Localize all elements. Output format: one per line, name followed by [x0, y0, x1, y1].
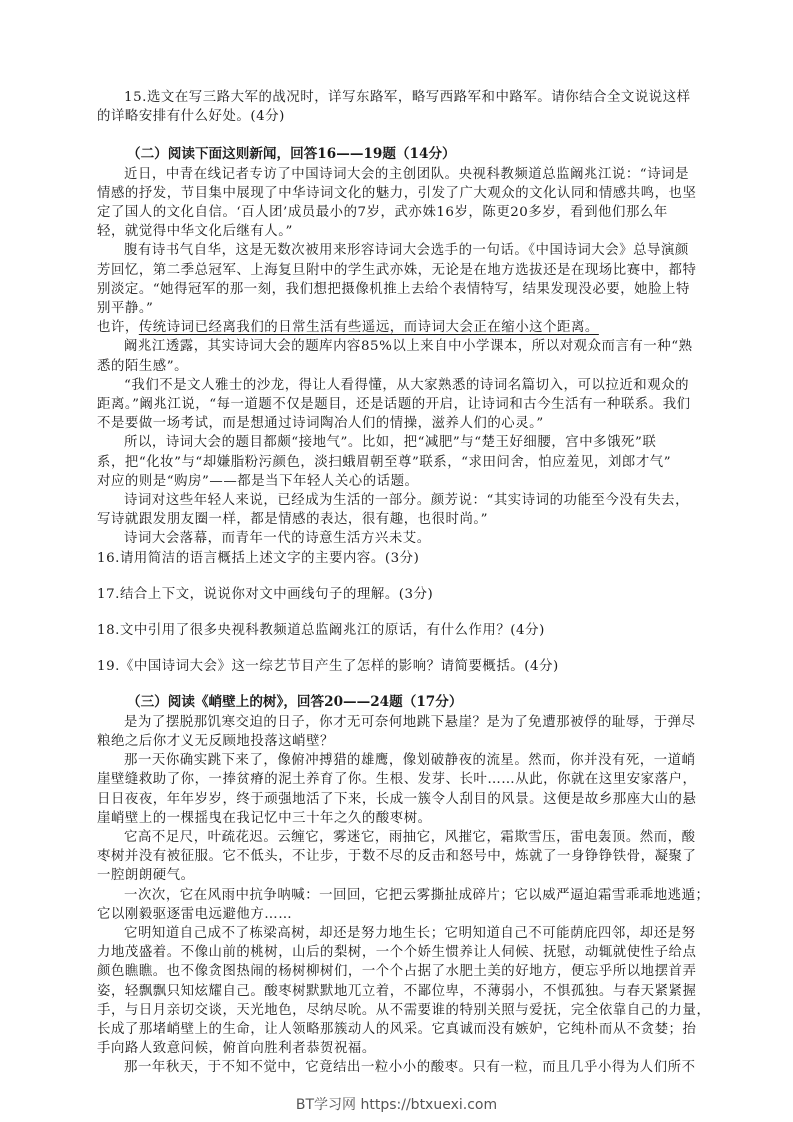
s2-paragraph-5-line: 距离。”阚兆江说，“每一道题不仅是题目，还是话题的开启，让诗词和古今生活有一种联…	[97, 395, 699, 414]
s3-paragraph-2-line: 日日夜夜，年年岁岁，终于顽强地活了下来，长成一簇令人刮目的风景。这便是故乡那座大…	[97, 790, 699, 809]
s3-paragraph-5-line: 它明知道自己成不了栋梁高树，却还是努力地生长；它明知道自己不可能荫庇四邻，却还是…	[97, 924, 699, 943]
underlined-sentence: 传统诗词已经离我们的日常生活有些遥远，而诗词大会正在缩小这个距离。	[139, 320, 599, 335]
document-page: 15.选文在写三路大军的战况时，详写东路军，略写西路军和中路军。请你结合全文说说…	[97, 88, 699, 1078]
question-15-line-2: 的详略安排有什么好处。(4分)	[97, 107, 699, 126]
s3-paragraph-2-line: 那一天你确实跳下来了，像俯冲搏猎的雄鹰，像划破静夜的流星。然而，你并没有死，一道…	[97, 751, 699, 770]
s2-paragraph-1-line: 近日，中青在线记者专访了中国诗词大会的主创团队。央视科教频道总监阚兆江说：“诗词…	[97, 165, 699, 184]
s3-paragraph-1-line: 是为了摆脱那饥寒交迫的日子，你才无可奈何地跳下悬崖？是为了免遭那被俘的耻辱，于弹…	[97, 713, 699, 732]
s2-paragraph-2-line: 腹有诗书气自华，这是无数次被用来形容诗词大会选手的一句话。《中国诗词大会》总导演…	[97, 241, 699, 260]
s3-paragraph-4-line: 一次次，它在风雨中抗争呐喊：一回回，它把云雾撕扯成碎片；它以威严逼迫霜雪乖乖地逃…	[97, 886, 699, 905]
s2-paragraph-7-line: 写诗就跟发朋友圈一样，都是情感的表达，很有趣，也很时尚。”	[97, 510, 699, 529]
s3-paragraph-5-line: 姿，轻飘飘只知炫耀自己。酸枣树默默地兀立着，不鄙位卑，不薄弱小，不惧孤独。与春天…	[97, 982, 699, 1001]
question-15-line-1: 15.选文在写三路大军的战况时，详写东路军，略写西路军和中路军。请你结合全文说说…	[97, 88, 699, 107]
question-17: 17.结合上下文，说说你对文中画线句子的理解。(3分)	[97, 585, 699, 604]
s2-paragraph-8-line: 诗词大会落幕，而青年一代的诗意生活方兴未艾。	[97, 529, 699, 548]
s3-paragraph-3-line: 它高不足尺，叶疏花迟。云缠它，雾迷它，雨抽它，风摧它，霜欺雪压，雷电轰顶。然而，…	[97, 828, 699, 847]
s3-paragraph-2-line: 崖峭壁上的一棵摇曳在我记忆中三十年之久的酸枣树。	[97, 809, 699, 828]
s3-paragraph-5-line: 力地茂盛着。不像山前的桃树，山后的梨树，一个个娇生惯养让人伺候、抚慰，动辄就使性…	[97, 943, 699, 962]
s3-paragraph-3-line: 枣树并没有被征服。它不低头，不让步，于数不尽的反击和怒号中，炼就了一身铮铮铁骨，…	[97, 847, 699, 866]
s2-p3-prefix: 也许，	[97, 320, 139, 335]
s2-paragraph-3: 也许，传统诗词已经离我们的日常生活有些遥远，而诗词大会正在缩小这个距离。	[97, 318, 699, 337]
s3-paragraph-5-line: 颜色瞧瞧。也不像贪图热闹的杨树柳树们，一个个占据了水肥土美的好地方，便忘乎所以地…	[97, 962, 699, 981]
s2-paragraph-4-line: 阚兆江透露，其实诗词大会的题库内容85%以上来自中小学课本，所以对观众而言有一种…	[97, 337, 699, 356]
section-3-heading: （三）阅读《峭壁上的树》，回答20——24题（17分）	[97, 693, 699, 712]
s2-paragraph-6-line: 对应的则是“购房”——都是当下年轻人关心的话题。	[97, 472, 699, 491]
s3-paragraph-5-line: 手，与日月亲切交谈，天光地色，尽纳尽吮。从不需要谁的特别关照与爱抚，完全依靠自己…	[97, 1001, 699, 1020]
s3-paragraph-5-line: 长成了那堵峭壁上的生命，让人领略那簇动人的风采。它真诚而没有嫉妒，它纯朴而从不贪…	[97, 1020, 699, 1039]
s3-paragraph-6-line: 那一年秋天，于不知不觉中，它竟结出一粒小小的酸枣。只有一粒，而且几乎小得为人们所…	[97, 1058, 699, 1077]
s2-paragraph-6-line: 系，把“化妆”与“却嫌脂粉污颜色，淡扫蛾眉朝至尊”联系，“求田问舍，怕应羞见，刘…	[97, 453, 699, 472]
s2-paragraph-4-line: 悉的陌生感”。	[97, 357, 699, 376]
s2-paragraph-6-line: 所以，诗词大会的题目都颇“接地气”。比如，把“减肥”与“楚王好细腰，宫中多饿死”…	[97, 433, 699, 452]
s3-paragraph-3-line: 一腔朗朗硬气。	[97, 866, 699, 885]
s2-paragraph-7-line: 诗词对这些年轻人来说，已经成为生活的一部分。颜芳说：“其实诗词的功能至今没有失去…	[97, 491, 699, 510]
s2-paragraph-1-line: 情感的抒发，节目集中展现了中华诗词文化的魅力，引发了广大观众的文化认同和情感共鸣…	[97, 184, 699, 203]
question-19: 19.《中国诗词大会》这一综艺节目产生了怎样的影响？请简要概括。(4分)	[97, 657, 699, 676]
s2-paragraph-5-line: “我们不是文人雅士的沙龙，得让人看得懂，从大家熟悉的诗词名篇切入，可以拉近和观众…	[97, 376, 699, 395]
s2-paragraph-1-line: 定了国人的文化自信。‘百人团’成员最小的7岁，武亦姝16岁，陈更20多岁，看到他…	[97, 203, 699, 222]
s3-paragraph-4-line: 它以刚毅驱逐雷电远避他方……	[97, 905, 699, 924]
s3-paragraph-5-line: 手向路人致意问候，俯首向胜利者恭贺祝福。	[97, 1039, 699, 1058]
s2-paragraph-2-line: 别淡定。“她得冠军的那一刻，我们想把摄像机推上去给个表情特写，结果发现没必要，她…	[97, 280, 699, 299]
s2-paragraph-1-line: 轻，就觉得中华文化后继有人。”	[97, 222, 699, 241]
s3-paragraph-2-line: 崖壁缝救助了你，一捧贫瘠的泥土养育了你。生根、发芽、长叶……从此，你就在这里安家…	[97, 770, 699, 789]
question-18: 18.文中引用了很多央视科教频道总监阚兆江的原话，有什么作用？(4分)	[97, 621, 699, 640]
s3-paragraph-1-line: 粮绝之后你才义无反顾地投落这峭壁？	[97, 732, 699, 751]
watermark-footer: BT学习网 https://btxuexi.com	[0, 1094, 793, 1114]
s2-paragraph-5-line: 不是要做一场考试，而是想通过诗词陶冶人们的情操，滋养人们的心灵。”	[97, 414, 699, 433]
question-16: 16.请用简洁的语言概括上述文字的主要内容。(3分)	[97, 549, 699, 568]
s2-paragraph-2-line: 别平静。”	[97, 299, 699, 318]
section-2-heading: （二）阅读下面这则新闻，回答16——19题（14分）	[97, 145, 699, 164]
s2-paragraph-2-line: 芳回忆，第二季总冠军、上海复旦附中的学生武亦姝，无论是在地方选拔还是在现场比赛中…	[97, 261, 699, 280]
